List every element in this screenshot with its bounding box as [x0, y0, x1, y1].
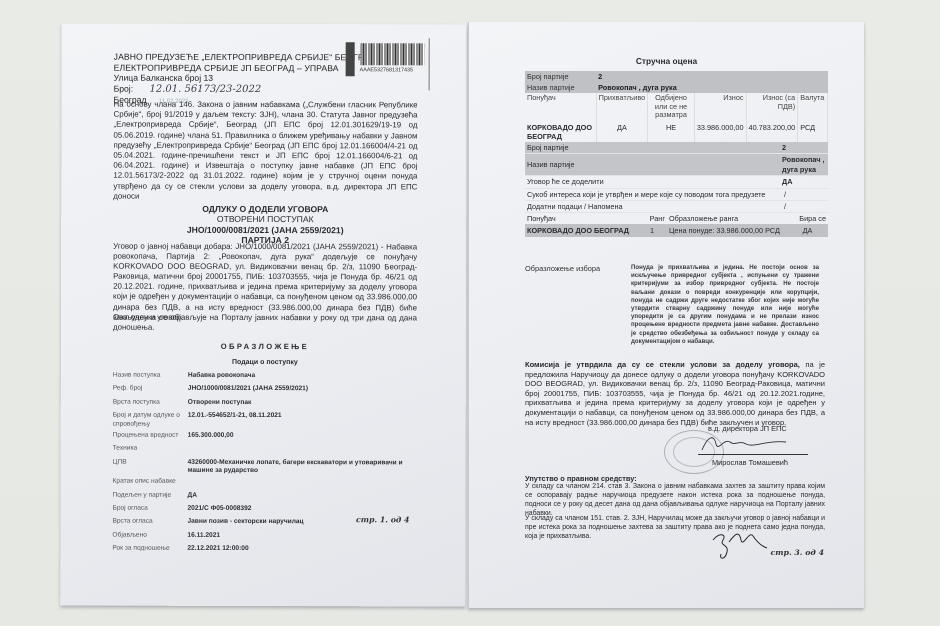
col-rank-reason: Образложење ранга — [667, 212, 787, 224]
procedure-field-value: 165.300.000,00 — [188, 432, 413, 444]
table-row: КОРКОВАДО ДОО БЕОГРАД 1 Цена понуде: 33.… — [525, 224, 828, 236]
procedure-field-label: Објављено — [112, 531, 187, 542]
signature-line — [698, 454, 808, 455]
barcode-block — [346, 42, 355, 76]
procedure-row: Врста поступкаОтворени поступак — [113, 398, 413, 410]
bidder-name: КОРКОВАДО ДОО БЕОГРАД — [525, 224, 637, 236]
award-field-label: Уговор ће се доделити — [525, 176, 780, 188]
rank-reason: Цена понуде: 33.986.000,00 РСД — [667, 224, 787, 236]
procedure-field-value — [188, 445, 413, 457]
award-row: Сукоб интереса који је утврђен и мере ко… — [525, 188, 828, 200]
address: Улица Балканска број 13 — [114, 73, 375, 84]
award-row: Уговор ће се доделитиДА — [525, 176, 828, 188]
reasoning-title: ОБРАЗЛОЖЕЊЕ — [113, 342, 417, 352]
signature-block: в.д. директора ЈП ЕПС Мирослав Томашевић — [664, 424, 814, 472]
award-row: Назив партијеРовокопач , дуга рука — [525, 154, 828, 176]
bidder-name: КОРКОВАДО ДОО БЕОГРАД — [525, 123, 596, 143]
handwritten-signature-icon — [694, 430, 794, 454]
lot-name-label: Назив партије — [525, 82, 596, 93]
document-page-1: ЈАВНО ПРЕДУЗЕЋЕ „ЕЛЕКТРОПРИВРЕДА СРБИЈЕ“… — [60, 23, 467, 606]
rejected-value: НЕ — [648, 123, 695, 143]
barcode-divider — [429, 38, 430, 90]
procedure-row: Подељен у партијеДА — [113, 491, 413, 503]
col-acceptable: Прихватљиво — [596, 93, 648, 123]
award-field-value: / — [780, 188, 828, 200]
col-currency: Валута — [798, 93, 828, 123]
currency-value: РСД — [798, 123, 828, 143]
selected-value: ДА — [787, 224, 828, 236]
handwritten-initials-icon — [709, 526, 769, 564]
legal-remedy-paragraph-1: У складу са чланом 214. став 3. Закона о… — [525, 483, 825, 519]
committee-conclusion: Комисија је утврдила да су се стекли усл… — [525, 360, 825, 427]
procedure-field-label: Број и датум одлуке о спровођењу — [113, 412, 188, 429]
award-field-label: Сукоб интереса који је утврђен и мере ко… — [525, 188, 780, 200]
procedure-data-title: Подаци о поступку — [113, 359, 417, 367]
lot-number-value: 2 — [596, 71, 827, 82]
ranking-table: Понуђач Ранг Образложење ранга Бира се К… — [525, 212, 828, 237]
table-header-row: Понуђач Прихватљиво Одбијено или се не р… — [525, 93, 828, 123]
award-field-value: 2 — [780, 142, 828, 154]
procedure-field-value: 43260000-Механичке лопате, багери екскав… — [188, 458, 413, 476]
decision-heading: ОДЛУКУ О ДОДЕЛИ УГОВОРА ОТВОРЕНИ ПОСТУПА… — [113, 204, 417, 246]
procedure-field-value: 16.11.2021 — [187, 531, 412, 543]
procedure-field-label: Реф. број — [113, 385, 188, 396]
award-summary-table: Број партије2Назив партијеРовокопач , ду… — [525, 142, 828, 213]
award-field-label: Број партије — [525, 142, 780, 154]
procedure-field-label: Врста поступка — [113, 398, 188, 409]
procedure-field-label: Техника — [113, 445, 188, 456]
page-number: стр. 1. од 4 — [356, 515, 410, 524]
signatory-name: Мирослав Томашевић — [712, 458, 788, 467]
procedure-row: Објављено16.11.2021 — [112, 531, 412, 543]
org-name-line-1: ЈАВНО ПРЕДУЗЕЋЕ „ЕЛЕКТРОПРИВРЕДА СРБИЈЕ“… — [114, 52, 375, 63]
procedure-field-value: ДА — [188, 491, 413, 503]
barcode-icon — [361, 43, 425, 65]
col-amount: Износ — [694, 93, 746, 123]
amount-vat-value: 40.783.200,00 — [746, 123, 798, 143]
number-label: Број: — [114, 83, 134, 93]
lot-number-label: Број партије — [525, 71, 596, 82]
procedure-row: Реф. бројJHO/1000/0081/2021 (ЈАНА 2559/2… — [113, 385, 413, 397]
award-field-value: Ровокопач , дуга рука — [780, 154, 828, 176]
procedure-field-label: Назив поступка — [113, 372, 188, 383]
rank-value: 1 — [637, 224, 667, 236]
col-rejected: Одбијено или се не разматра — [648, 93, 695, 123]
legal-basis-paragraph: На основу члана 146. Закона о јавним наб… — [113, 100, 417, 203]
col-selected: Бира се — [787, 212, 828, 224]
procedure-field-label: Подељен у партије — [113, 491, 188, 502]
procedure-row: Назив поступкаНабавка ровокопача — [113, 372, 413, 384]
org-name-line-2: ЕЛЕКТРОПРИВРЕДА СРБИЈЕ ЈП БЕОГРАД – УПРА… — [114, 62, 375, 73]
table-row: КОРКОВАДО ДОО БЕОГРАД ДА НЕ 33.986.000,0… — [525, 123, 828, 143]
expert-evaluation-title: Стручна оцена — [469, 56, 864, 66]
acceptable-value: ДА — [596, 123, 648, 143]
lot-name-value: Ровокопач , дуга рука — [596, 82, 827, 93]
procedure-data-table: Назив поступкаНабавка ровокопачаРеф. бро… — [112, 372, 412, 559]
lot-evaluation-table: Број партије 2 Назив партије Ровокопач ,… — [525, 71, 828, 142]
procedure-row: ЦПВ43260000-Механичке лопате, багери екс… — [113, 458, 413, 476]
procedure-field-value: Набавка ровокопача — [188, 372, 413, 384]
page-number: стр. 3. од 4 — [771, 548, 825, 557]
legal-remedy-paragraph-2: У складу са чланом 151. став. 2. ЗЈН, На… — [525, 515, 825, 542]
barcode-sticker: AAAE5327681317435 — [342, 38, 432, 84]
lot-number-row: Број партије 2 — [525, 71, 828, 82]
procedure-field-label: Број огласа — [112, 504, 187, 515]
col-rank: Ранг — [637, 212, 667, 224]
col-bidder: Понуђач — [525, 212, 637, 224]
procedure-field-value: JHO/1000/0081/2021 (ЈАНА 2559/2021) — [188, 385, 413, 397]
procedure-field-label: Рок за подношење — [112, 545, 187, 556]
procedure-row: Кратак опис набавке — [113, 478, 413, 490]
award-row: Број партије2 — [525, 142, 828, 154]
procedure-field-label: Кратак опис набавке — [113, 478, 188, 489]
procedure-row: Техника — [113, 445, 413, 457]
handwritten-number: 12.01. 56173/23-2022 — [149, 83, 261, 94]
procedure-field-value: 22.12.2021 12:00:00 — [187, 545, 412, 557]
award-field-label: Назив партије — [525, 154, 780, 176]
procedure-row: Рок за подношење22.12.2021 12:00:00 — [112, 545, 412, 557]
choice-reason-text: Понуда је прихватљива и једина. Не посто… — [631, 264, 819, 346]
choice-reason-label: Образложење избора — [525, 264, 600, 273]
award-field-value: ДА — [780, 176, 828, 188]
ranking-header-row: Понуђач Ранг Образложење ранга Бира се — [525, 212, 828, 224]
decision-body: Уговор о јавној набавци добара: ЈНО/1000… — [113, 242, 417, 324]
procedure-field-label: Процењена вредност — [113, 431, 188, 442]
procedure-field-value: Отворени поступак — [188, 399, 413, 411]
document-number-row: Број: 12.01. 56173/23-2022 — [114, 83, 375, 95]
committee-text: па је предложила Наручиоцу да донесе одл… — [525, 360, 825, 427]
committee-bold: Комисија је утврдила да су се стекли усл… — [525, 360, 800, 369]
barcode-number: AAAE5327681317435 — [360, 67, 413, 73]
legal-remedy-title: Упутство о правном средству: — [525, 474, 637, 483]
procedure-field-value — [188, 478, 413, 490]
document-page-3: Стручна оцена Број партије 2 Назив парти… — [468, 22, 864, 608]
procedure-field-label: Врста огласа — [112, 518, 187, 529]
col-bidder: Понуђач — [525, 93, 596, 123]
col-amount-vat: Износ (са ПДВ) — [746, 93, 798, 123]
lot-name-row: Назив партије Ровокопач , дуга рука — [525, 82, 828, 93]
procedure-field-label: ЦПВ — [113, 458, 188, 475]
publish-note: Ова одлука се објављује на Порталу јавни… — [113, 313, 417, 334]
procedure-field-value: 12.01.-554652/1-21, 08.11.2021 — [188, 412, 413, 430]
amount-value: 33.986.000,00 — [694, 123, 746, 143]
procedure-row: Процењена вредност165.300.000,00 — [113, 431, 413, 443]
procedure-row: Број и датум одлуке о спровођењу12.01.-5… — [113, 412, 413, 430]
